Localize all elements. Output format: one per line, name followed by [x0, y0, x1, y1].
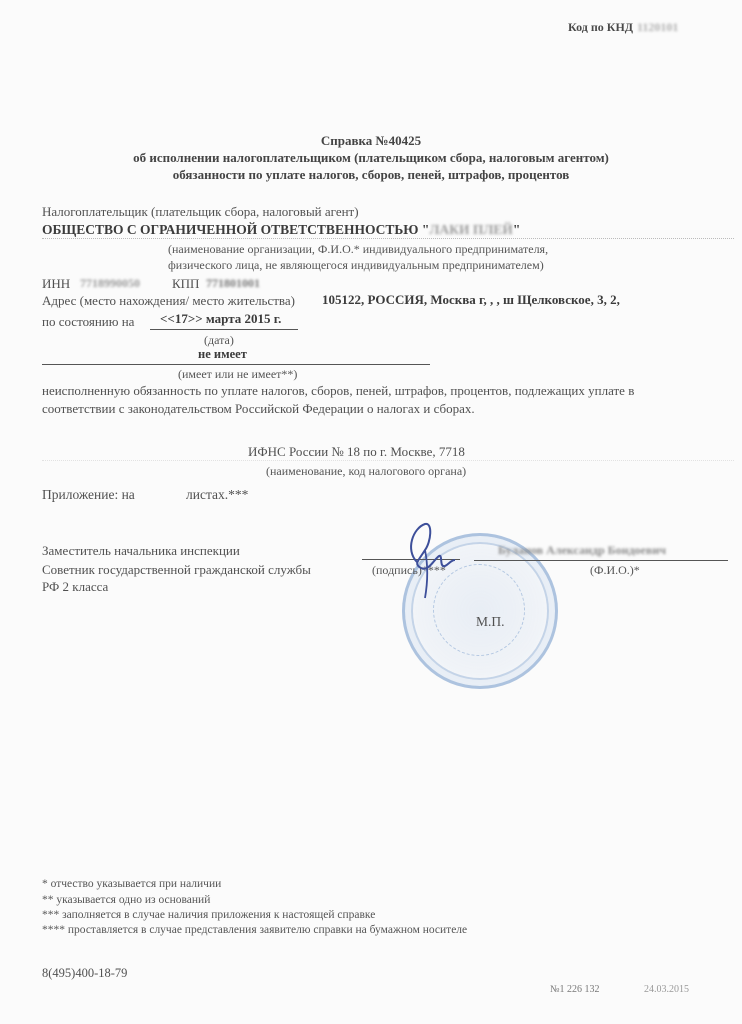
taxpayer-name-underline [42, 238, 734, 239]
date-caption: (дата) [204, 333, 234, 348]
kpp-value: 771801001 [206, 276, 260, 291]
status-text-1: неисполненную обязанность по уплате нало… [42, 383, 634, 399]
status-underline [42, 364, 430, 365]
taxpayer-name: ОБЩЕСТВО С ОГРАНИЧЕННОЙ ОТВЕТСТВЕННОСТЬЮ… [42, 222, 732, 238]
taxpayer-caption-1: (наименование организации, Ф.И.О.* индив… [168, 242, 548, 257]
signatory-position-1: Заместитель начальника инспекции [42, 543, 240, 559]
title-line-2: об исполнении налогоплательщиком (плател… [0, 149, 742, 166]
address-label: Адрес (место нахождения/ место жительств… [42, 293, 295, 309]
stamp-label: М.П. [476, 614, 505, 630]
status-text-2: соответствии с законодательством Российс… [42, 401, 475, 417]
authority-underline [42, 460, 734, 461]
taxpayer-caption-2: физического лица, не являющегося индивид… [168, 258, 544, 273]
attachment-label: Приложение: на [42, 487, 135, 503]
footnote-3: *** заполняется в случае наличия приложе… [42, 909, 375, 921]
knd-code-value: 1120101 [637, 20, 678, 34]
signature-icon [395, 520, 465, 600]
taxpayer-label: Налогоплательщик (плательщик сбора, нало… [42, 204, 359, 220]
authority-caption: (наименование, код налогового органа) [266, 464, 466, 479]
kpp-label: КПП [172, 276, 199, 292]
footnote-4: **** проставляется в случае представлени… [42, 924, 467, 936]
date-underline [150, 329, 298, 330]
address-value: 105122, РОССИЯ, Москва г, , , ш Щелковск… [322, 292, 620, 308]
title-line-3: обязанности по уплате налогов, сборов, п… [0, 166, 742, 183]
taxpayer-name-prefix: ОБЩЕСТВО С ОГРАНИЧЕННОЙ ОТВЕТСТВЕННОСТЬЮ… [42, 222, 429, 237]
as-of-label: по состоянию на [42, 314, 134, 330]
status-caption: (имеет или не имеет**) [178, 367, 297, 382]
taxpayer-name-suffix: " [513, 222, 521, 237]
authority-value: ИФНС России № 18 по г. Москве, 7718 [248, 444, 465, 460]
attachment-sheets: листах.*** [186, 487, 248, 503]
footnote-2: ** указывается одно из оснований [42, 894, 210, 906]
title-line-1: Справка №40425 [0, 132, 742, 149]
footnote-1: * отчество указывается при наличии [42, 878, 221, 890]
signatory-position-3: РФ 2 класса [42, 579, 108, 595]
knd-code: Код по КНД1120101 [568, 20, 678, 35]
taxpayer-name-blurred: ЛАКИ ПЛЕЙ [429, 222, 513, 237]
footer-number: №1 226 132 [550, 984, 600, 995]
signatory-position-2: Советник государственной гражданской слу… [42, 562, 311, 578]
signatory-name: Буланов Александр Бондоевич [498, 543, 666, 558]
knd-label: Код по КНД [568, 20, 633, 34]
inn-value: 7718990050 [80, 276, 140, 291]
name-caption: (Ф.И.О.)* [590, 563, 640, 578]
document-title: Справка №40425 об исполнении налогоплате… [0, 132, 742, 183]
name-line [474, 560, 728, 561]
footer-phone: 8(495)400-18-79 [42, 966, 127, 981]
inn-label: ИНН [42, 276, 70, 292]
status-value: не имеет [198, 347, 247, 362]
footer-date: 24.03.2015 [644, 984, 689, 995]
as-of-date: <<17>> марта 2015 г. [160, 311, 281, 327]
